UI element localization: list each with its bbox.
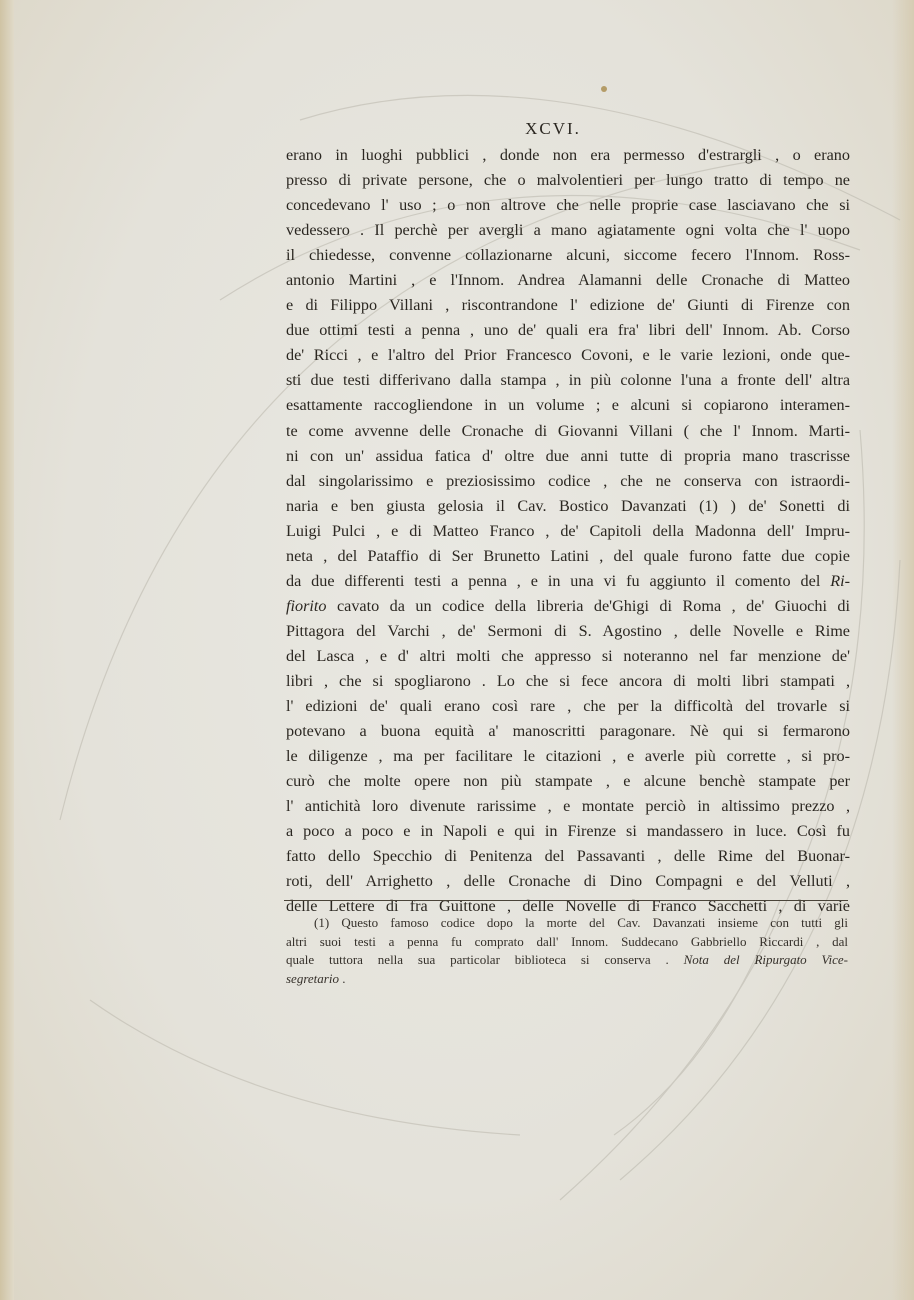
italic-attribution: Nota del Ripurgato Vice-	[684, 952, 848, 967]
text-line: fatto dello Specchio di Penitenza del Pa…	[286, 844, 850, 869]
text-segment: .	[339, 971, 346, 986]
italic-title: fiorito	[286, 597, 326, 615]
text-line: l' antichità loro divenute rarissime , e…	[286, 794, 850, 819]
text-line: il chiedesse, convenne collazionarne alc…	[286, 243, 850, 268]
text-line: presso di private persone, che o malvole…	[286, 168, 850, 193]
text-line: le diligenze , ma per facilitare le cita…	[286, 744, 850, 769]
text-line: sti due testi differivano dalla stampa ,…	[286, 368, 850, 393]
page-edge-left	[0, 0, 14, 1300]
text-line: vedessero . Il perchè per avergli a mano…	[286, 218, 850, 243]
italic-attribution: segretario	[286, 971, 339, 986]
text-segment: cavato da un codice della libreria de'Gh…	[326, 597, 850, 615]
footnote-line: quale tuttora nella sua particolar bibli…	[286, 951, 848, 970]
text-line: naria e ben giusta gelosia il Cav. Bosti…	[286, 494, 850, 519]
footnote-line: altri suoi testi a penna fu comprato dal…	[286, 933, 848, 952]
footnote: (1) Questo famoso codice dopo la morte d…	[286, 914, 848, 988]
footnote-line: segretario .	[286, 970, 848, 989]
text-line: te come avvenne delle Cronache di Giovan…	[286, 419, 850, 444]
text-line: ni con un' assidua fatica d' oltre due a…	[286, 444, 850, 469]
text-line: esattamente raccogliendone in un volume …	[286, 393, 850, 418]
text-line: dal singolarissimo e preziosissimo codic…	[286, 469, 850, 494]
text-line: del Lasca , e d' altri molti che appress…	[286, 644, 850, 669]
page-edge-right	[892, 0, 914, 1300]
text-line: roti, dell' Arrighetto , delle Cronache …	[286, 869, 850, 894]
text-line: libri , che si spogliarono . Lo che si f…	[286, 669, 850, 694]
footnote-line: (1) Questo famoso codice dopo la morte d…	[286, 914, 848, 933]
page-number: XCVI.	[258, 119, 848, 139]
text-segment: da due differenti testi a penna , e in u…	[286, 572, 830, 590]
text-line: erano in luoghi pubblici , donde non era…	[286, 143, 850, 168]
footnote-separator-rule	[284, 900, 848, 901]
book-page: XCVI. erano in luoghi pubblici , donde n…	[0, 0, 914, 1300]
text-line: de' Ricci , e l'altro del Prior Francesc…	[286, 343, 850, 368]
text-line: concedevano l' uso ; o non altrove che n…	[286, 193, 850, 218]
text-line: l' edizioni de' quali erano così rare , …	[286, 694, 850, 719]
text-line: neta , del Pataffio di Ser Brunetto Lati…	[286, 544, 850, 569]
text-line-italic-ending: da due differenti testi a penna , e in u…	[286, 569, 850, 594]
text-line: potevano a buona equità a' manoscritti p…	[286, 719, 850, 744]
text-line: Pittagora del Varchi , de' Sermoni di S.…	[286, 619, 850, 644]
text-line: antonio Martini , e l'Innom. Andrea Alam…	[286, 268, 850, 293]
text-line: due ottimi testi a penna , uno de' quali…	[286, 318, 850, 343]
text-line: a poco a poco e in Napoli e qui in Firen…	[286, 819, 850, 844]
ink-spot	[601, 86, 607, 92]
text-line-italic-start: fiorito cavato da un codice della librer…	[286, 594, 850, 619]
text-line: e di Filippo Villani , riscontrandone l'…	[286, 293, 850, 318]
italic-title: Ri-	[830, 572, 850, 590]
text-line: Luigi Pulci , e di Matteo Franco , de' C…	[286, 519, 850, 544]
text-line: curò che molte opere non più stampate , …	[286, 769, 850, 794]
body-text: erano in luoghi pubblici , donde non era…	[286, 143, 850, 919]
text-segment: quale tuttora nella sua particolar bibli…	[286, 952, 684, 967]
